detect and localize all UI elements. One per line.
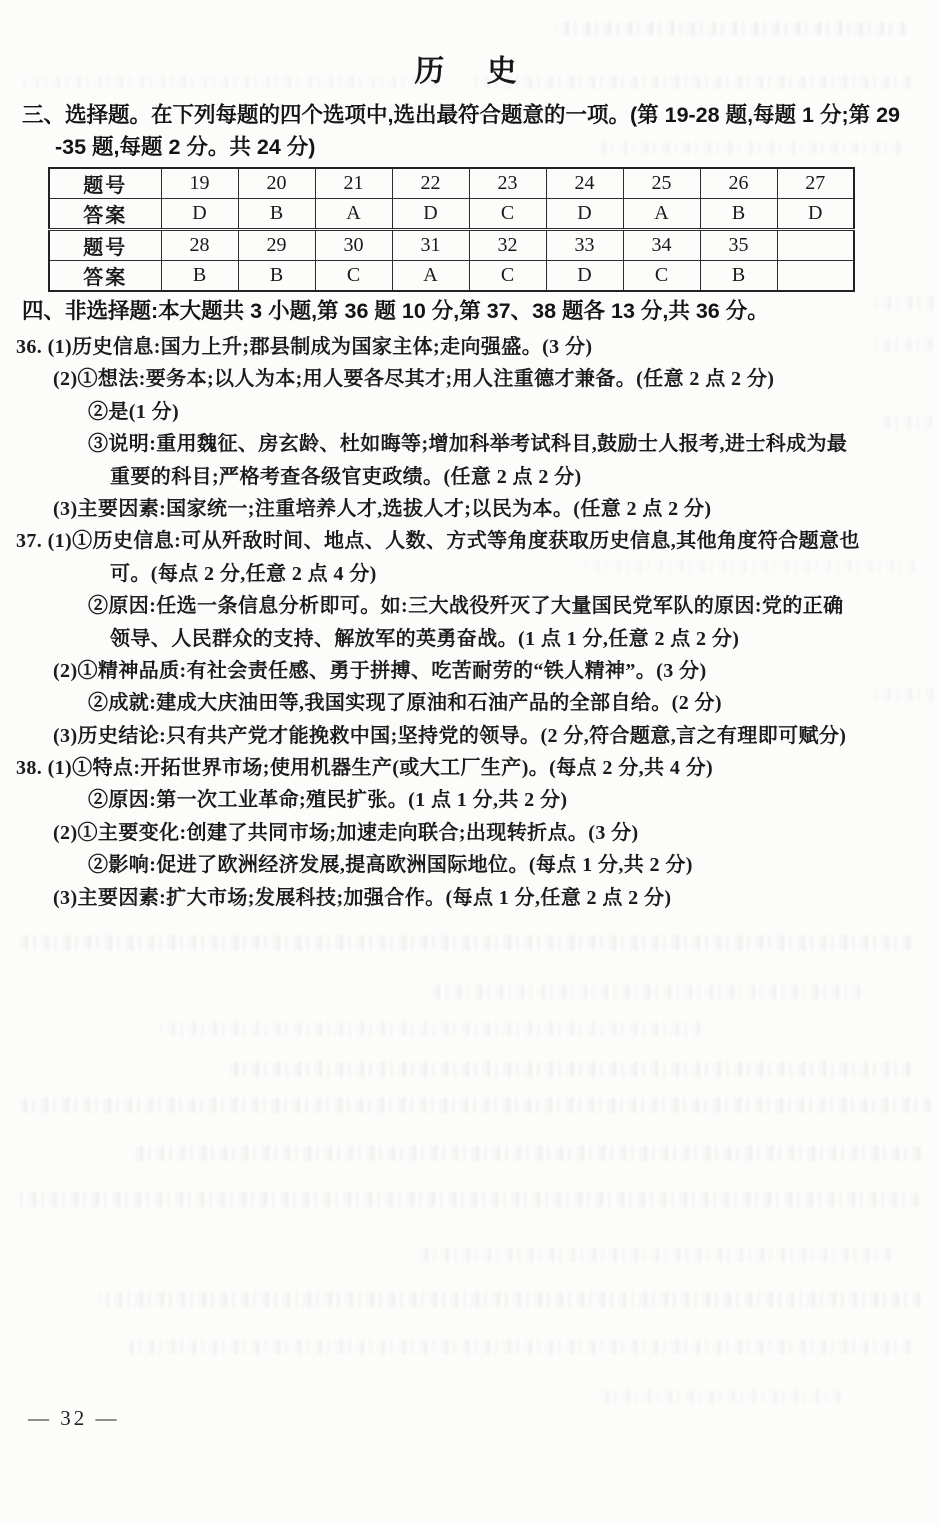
page-number: — 32 —	[28, 1406, 120, 1431]
answer-table-row: 答案DBADCDABD	[49, 199, 854, 230]
bleedthrough-streak	[130, 1340, 910, 1354]
answer-table-cell: 22	[392, 168, 469, 199]
answer-table-row: 答案BBCACDCB	[49, 261, 854, 292]
page-title: 历 史	[0, 46, 939, 90]
answer-table-cell: 30	[315, 230, 392, 261]
answer-table-cell: 35	[700, 230, 777, 261]
section-essay-questions-heading: 四、非选择题:本大题共 3 小题,第 36 题 10 分,第 37、38 题各 …	[22, 296, 769, 326]
answer-line: 37. (1)①历史信息:可从歼敌时间、地点、人数、方式等角度获取历史信息,其他…	[0, 525, 939, 557]
answer-table-cell: B	[161, 261, 238, 292]
answer-line: ②原因:第一次工业革命;殖民扩张。(1 点 1 分,共 2 分)	[0, 784, 939, 816]
answer-line: (2)①想法:要务本;以人为本;用人要各尽其才;用人注重德才兼备。(任意 2 点…	[0, 363, 939, 395]
answer-table-cell: 33	[546, 230, 623, 261]
answer-line: (2)①主要变化:创建了共同市场;加速走向联合;出现转折点。(3 分)	[0, 817, 939, 849]
answer-line: (3)历史结论:只有共产党才能挽救中国;坚持党的领导。(2 分,符合题意,言之有…	[0, 720, 939, 752]
answer-table-cell: 24	[546, 168, 623, 199]
bleedthrough-streak	[420, 1248, 890, 1262]
answer-table-row: 题号2829303132333435	[49, 230, 854, 261]
answer-table-row-label: 题号	[49, 230, 161, 261]
answer-table-cell: D	[777, 199, 854, 230]
answer-table-cell: A	[623, 199, 700, 230]
answer-table-cell: 27	[777, 168, 854, 199]
answer-line: 36. (1)历史信息:国力上升;郡县制成为国家主体;走向强盛。(3 分)	[0, 331, 939, 363]
answer-line: (3)主要因素:扩大市场;发展科技;加强合作。(每点 1 分,任意 2 点 2 …	[0, 882, 939, 914]
answer-line: (2)①精神品质:有社会责任感、勇于拼搏、吃苦耐劳的“铁人精神”。(3 分)	[0, 655, 939, 687]
bleedthrough-streak	[160, 1022, 700, 1036]
bleedthrough-streak	[18, 1192, 918, 1207]
answer-table-cell: 23	[469, 168, 546, 199]
answer-table-cell: 34	[623, 230, 700, 261]
answer-line: ②影响:促进了欧洲经济发展,提高欧洲国际地位。(每点 1 分,共 2 分)	[0, 849, 939, 881]
answer-table-cell: A	[392, 261, 469, 292]
bleedthrough-streak	[430, 985, 860, 999]
answer-table-cell: B	[238, 199, 315, 230]
bleedthrough-streak	[600, 1390, 840, 1403]
answer-table-row: 题号192021222324252627	[49, 168, 854, 199]
bleedthrough-streak	[230, 1062, 910, 1077]
answer-table-cell: C	[469, 261, 546, 292]
essay-answer-lines: 36. (1)历史信息:国力上升;郡县制成为国家主体;走向强盛。(3 分)(2)…	[0, 331, 939, 914]
exam-answer-page: 历 史 三、选择题。在下列每题的四个选项中,选出最符合题意的一项。(第 19-2…	[0, 0, 939, 1525]
answer-line: 可。(每点 2 分,任意 2 点 4 分)	[0, 558, 939, 590]
answer-line: ③说明:重用魏征、房玄龄、杜如晦等;增加科举考试科目,鼓励士人报考,进士科成为最	[0, 428, 939, 460]
answer-table-cell: B	[700, 261, 777, 292]
answer-table-cell: D	[546, 199, 623, 230]
answer-line: ②成就:建成大庆油田等,我国实现了原油和石油产品的全部自给。(2 分)	[0, 687, 939, 719]
answer-table-cell: D	[161, 199, 238, 230]
answer-line: (3)主要因素:国家统一;注重培养人才,选拔人才;以民为本。(任意 2 点 2 …	[0, 493, 939, 525]
answer-table-cell: 28	[161, 230, 238, 261]
answer-table-cell: B	[238, 261, 315, 292]
answer-table-cell: 25	[623, 168, 700, 199]
answer-table-row-label: 答案	[49, 261, 161, 292]
bleedthrough-streak	[130, 1146, 920, 1161]
answer-table-cell: 31	[392, 230, 469, 261]
answer-table-row-label: 答案	[49, 199, 161, 230]
answer-line: 38. (1)①特点:开拓世界市场;使用机器生产(或大工厂生产)。(每点 2 分…	[0, 752, 939, 784]
bleedthrough-streak	[20, 935, 910, 950]
answer-table-cell: B	[700, 199, 777, 230]
bleedthrough-streak	[875, 296, 933, 310]
answer-table-cell: C	[623, 261, 700, 292]
answer-table-row-label: 题号	[49, 168, 161, 199]
answer-table-cell: D	[392, 199, 469, 230]
answer-line: ②原因:任选一条信息分析即可。如:三大战役歼灭了大量国民党军队的原因:党的正确	[0, 590, 939, 622]
answer-table-cell: 21	[315, 168, 392, 199]
section-choice-questions-heading: 三、选择题。在下列每题的四个选项中,选出最符合题意的一项。(第 19-28 题,…	[22, 99, 900, 163]
answer-line: 领导、人民群众的支持、解放军的英勇奋战。(1 点 1 分,任意 2 点 2 分)	[0, 623, 939, 655]
answer-table-cell: 29	[238, 230, 315, 261]
answer-table-cell: A	[315, 199, 392, 230]
bleedthrough-streak	[100, 1292, 920, 1307]
bleedthrough-streak	[20, 1098, 930, 1113]
answer-table-cell: D	[546, 261, 623, 292]
answer-table-cell: 20	[238, 168, 315, 199]
answer-table-cell: C	[469, 199, 546, 230]
answer-table-cell: C	[315, 261, 392, 292]
choice-answer-table: 题号192021222324252627答案DBADCDABD题号2829303…	[48, 167, 855, 292]
answer-table-cell: 32	[469, 230, 546, 261]
bleedthrough-streak	[555, 22, 905, 35]
answer-table-cell	[777, 261, 854, 292]
answer-table-cell: 26	[700, 168, 777, 199]
answer-table-cell: 19	[161, 168, 238, 199]
answer-line: 重要的科目;严格考查各级官吏政绩。(任意 2 点 2 分)	[0, 461, 939, 493]
section-choice-heading-line-1: 三、选择题。在下列每题的四个选项中,选出最符合题意的一项。(第 19-28 题,…	[22, 99, 900, 131]
section-choice-heading-line-2: -35 题,每题 2 分。共 24 分)	[22, 131, 900, 163]
answer-line: ②是(1 分)	[0, 396, 939, 428]
answer-table-cell	[777, 230, 854, 261]
